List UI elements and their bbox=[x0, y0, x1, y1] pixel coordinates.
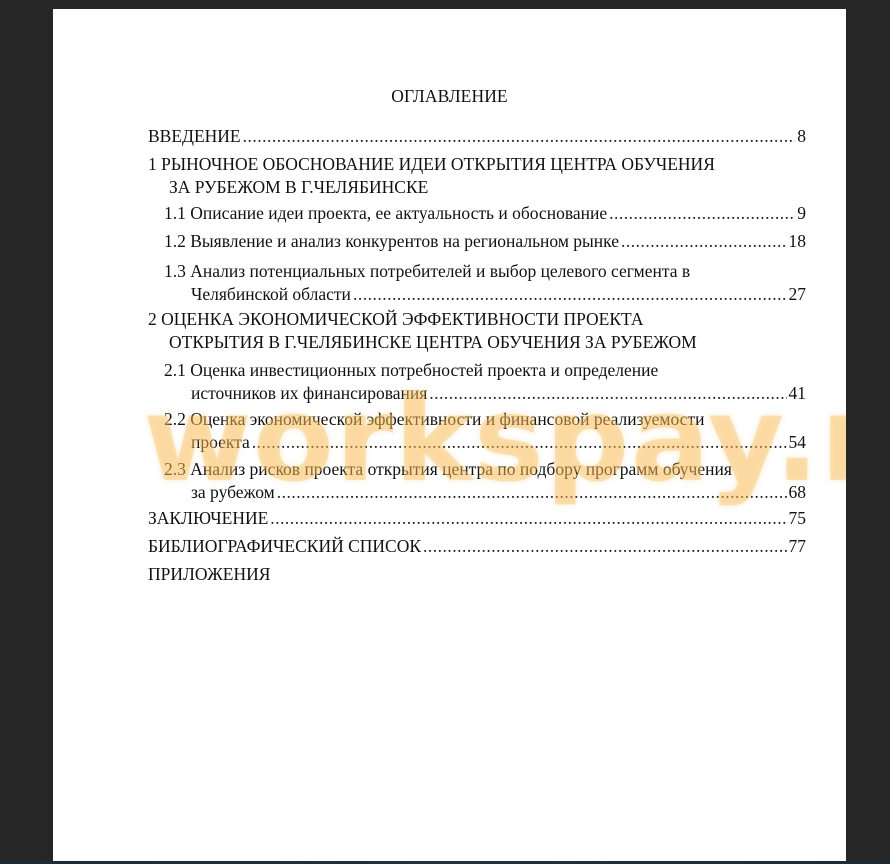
toc-entry[interactable]: 2 ОЦЕНКА ЭКОНОМИЧЕСКОЙ ЭФФЕКТИВНОСТИ ПРО… bbox=[148, 308, 806, 354]
toc-page-number: 77 bbox=[789, 535, 807, 558]
toc-entry-text: 2 ОЦЕНКА ЭКОНОМИЧЕСКОЙ ЭФФЕКТИВНОСТИ ПРО… bbox=[148, 308, 644, 331]
dot-leader: ........................................… bbox=[252, 431, 787, 454]
toc-entry[interactable]: БИБЛИОГРАФИЧЕСКИЙ СПИСОК................… bbox=[148, 535, 806, 558]
document-page: ОГЛАВЛЕНИЕ ВВЕДЕНИЕ.....................… bbox=[53, 9, 846, 861]
toc-entry[interactable]: 1.1 Описание идеи проекта, ее актуальнос… bbox=[164, 202, 806, 225]
toc-page-number: 27 bbox=[789, 283, 807, 306]
toc-entry[interactable]: ПРИЛОЖЕНИЯ bbox=[148, 563, 806, 586]
toc-entry-text: 2.3 Анализ рисков проекта открытия центр… bbox=[164, 458, 732, 481]
toc-entry-text: ПРИЛОЖЕНИЯ bbox=[148, 563, 270, 586]
toc-entry-text: источников их финансирования bbox=[191, 382, 427, 405]
toc-entry-text: БИБЛИОГРАФИЧЕСКИЙ СПИСОК bbox=[148, 535, 421, 558]
toc-page-number: 18 bbox=[789, 230, 807, 253]
toc-entry-text: ЗА РУБЕЖОМ В Г.ЧЕЛЯБИНСКЕ bbox=[169, 176, 428, 199]
toc-entry-text: 2.1 Оценка инвестиционных потребностей п… bbox=[164, 359, 658, 382]
toc-entry[interactable]: ВВЕДЕНИЕ................................… bbox=[148, 125, 806, 148]
dot-leader: ........................................… bbox=[353, 283, 787, 306]
toc-entry[interactable]: 1.2 Выявление и анализ конкурентов на ре… bbox=[164, 230, 806, 253]
toc-page-number: 8 bbox=[797, 125, 806, 148]
toc-page-number: 9 bbox=[797, 202, 806, 225]
toc-entry[interactable]: 1.3 Анализ потенциальных потребителей и … bbox=[164, 260, 806, 306]
toc-entry-text: Челябинской области bbox=[191, 283, 351, 306]
toc-page-number: 75 bbox=[789, 507, 807, 530]
toc-entry[interactable]: 1 РЫНОЧНОЕ ОБОСНОВАНИЕ ИДЕИ ОТКРЫТИЯ ЦЕН… bbox=[148, 153, 806, 199]
toc-entry-text: ВВЕДЕНИЕ bbox=[148, 125, 241, 148]
toc-entry-text: 1.3 Анализ потенциальных потребителей и … bbox=[164, 260, 690, 283]
toc-entry-text: 1.1 Описание идеи проекта, ее актуальнос… bbox=[164, 202, 607, 225]
toc-entry[interactable]: 2.3 Анализ рисков проекта открытия центр… bbox=[164, 458, 806, 504]
toc-entry-text: за рубежом bbox=[191, 481, 275, 504]
toc-entry-text: ОТКРЫТИЯ В Г.ЧЕЛЯБИНСКЕ ЦЕНТРА ОБУЧЕНИЯ … bbox=[169, 331, 697, 354]
toc-page-number: 54 bbox=[789, 431, 807, 454]
toc-title: ОГЛАВЛЕНИЕ bbox=[53, 86, 846, 107]
toc-page-number: 68 bbox=[789, 481, 807, 504]
toc-entry-text: 2.2 Оценка экономической эффективности и… bbox=[164, 408, 704, 431]
toc-entry-text: ЗАКЛЮЧЕНИЕ bbox=[148, 507, 268, 530]
dot-leader: ........................................… bbox=[621, 230, 787, 253]
dot-leader: ........................................… bbox=[423, 535, 786, 558]
toc-entry[interactable]: ЗАКЛЮЧЕНИЕ..............................… bbox=[148, 507, 806, 530]
dot-leader: ........................................… bbox=[609, 202, 795, 225]
toc-entry[interactable]: 2.1 Оценка инвестиционных потребностей п… bbox=[164, 359, 806, 405]
document-viewer: ОГЛАВЛЕНИЕ ВВЕДЕНИЕ.....................… bbox=[0, 0, 890, 864]
toc-entry[interactable]: 2.2 Оценка экономической эффективности и… bbox=[164, 408, 806, 454]
dot-leader: ........................................… bbox=[277, 481, 787, 504]
toc-page-number: 41 bbox=[789, 382, 807, 405]
toc-entry-text: 1.2 Выявление и анализ конкурентов на ре… bbox=[164, 230, 619, 253]
dot-leader: ........................................… bbox=[429, 382, 786, 405]
dot-leader: ........................................… bbox=[243, 125, 796, 148]
toc-entry-text: 1 РЫНОЧНОЕ ОБОСНОВАНИЕ ИДЕИ ОТКРЫТИЯ ЦЕН… bbox=[148, 153, 715, 176]
dot-leader: ........................................… bbox=[270, 507, 786, 530]
toc-entry-text: проекта bbox=[191, 431, 250, 454]
